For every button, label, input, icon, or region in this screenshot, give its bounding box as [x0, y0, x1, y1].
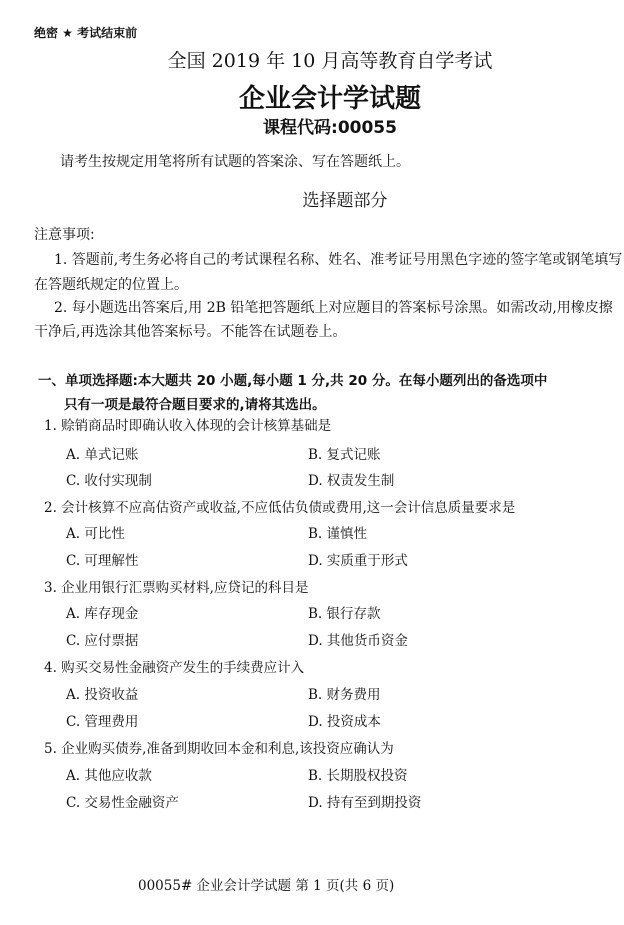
note-2-line-1: 2. 每小题选出答案后,用 2B 铅笔把答题纸上对应题目的答案标号涂黑。如需改动…	[54, 297, 613, 317]
option-a: A. 单式记账	[66, 443, 138, 463]
question-stem: 3. 企业用银行汇票购买材料,应贷记的科目是	[44, 576, 308, 596]
option-a: A. 可比性	[66, 522, 125, 542]
option-b: B. 财务费用	[308, 683, 381, 703]
option-b: B. 银行存款	[308, 602, 381, 622]
option-b: B. 谨慎性	[308, 522, 367, 542]
exam-title: 全国 2019 年 10 月高等教育自学考试	[0, 46, 624, 73]
question-stem: 4. 购买交易性金融资产发生的手续费应计入	[44, 656, 304, 676]
notes-heading: 注意事项:	[34, 224, 95, 244]
option-d: D. 投资成本	[308, 710, 381, 730]
option-a: A. 库存现金	[66, 602, 138, 622]
answer-instruction: 请考生按规定用笔将所有试题的答案涂、写在答题纸上。	[60, 151, 410, 171]
option-b: B. 复式记账	[308, 443, 381, 463]
option-d: D. 权责发生制	[308, 469, 394, 489]
question-stem: 1. 赊销商品时即确认收入体现的会计核算基础是	[44, 414, 331, 434]
page-footer: 00055# 企业会计学试题 第 1 页(共 6 页)	[138, 874, 394, 894]
course-code: 课程代码:00055	[0, 113, 624, 138]
option-c: C. 交易性金融资产	[66, 791, 179, 811]
option-c: C. 可理解性	[66, 549, 138, 569]
secrecy-label: 绝密 ★ 考试结束前	[34, 24, 137, 41]
option-c: C. 应付票据	[66, 629, 138, 649]
option-c: C. 收付实现制	[66, 469, 152, 489]
question-stem: 5. 企业购买债券,准备到期收回本金和利息,该投资应确认为	[44, 737, 394, 757]
note-1-line-1: 1. 答题前,考生务必将自己的考试课程名称、姓名、准考证号用黑色字迹的签字笔或钢…	[54, 249, 622, 269]
option-b: B. 长期股权投资	[308, 764, 408, 784]
note-2-line-2: 干净后,再选涂其他答案标号。不能答在试题卷上。	[34, 321, 346, 341]
option-d: D. 实质重于形式	[308, 549, 408, 569]
option-d: D. 持有至到期投资	[308, 791, 421, 811]
subject-title: 企业会计学试题	[0, 78, 624, 115]
section-header-line-1: 一、单项选择题:本大题共 20 小题,每小题 1 分,共 20 分。在每小题列出…	[38, 369, 547, 389]
note-1-line-2: 在答题纸规定的位置上。	[34, 274, 188, 294]
option-c: C. 管理费用	[66, 710, 138, 730]
option-a: A. 其他应收款	[66, 764, 152, 784]
part-title: 选择题部分	[0, 186, 624, 211]
section-header-line-2: 只有一项是最符合题目要求的,请将其选出。	[64, 393, 326, 413]
option-a: A. 投资收益	[66, 683, 138, 703]
option-d: D. 其他货币资金	[308, 629, 408, 649]
question-stem: 2. 会计核算不应高估资产或收益,不应低估负债或费用,这一会计信息质量要求是	[44, 496, 515, 516]
